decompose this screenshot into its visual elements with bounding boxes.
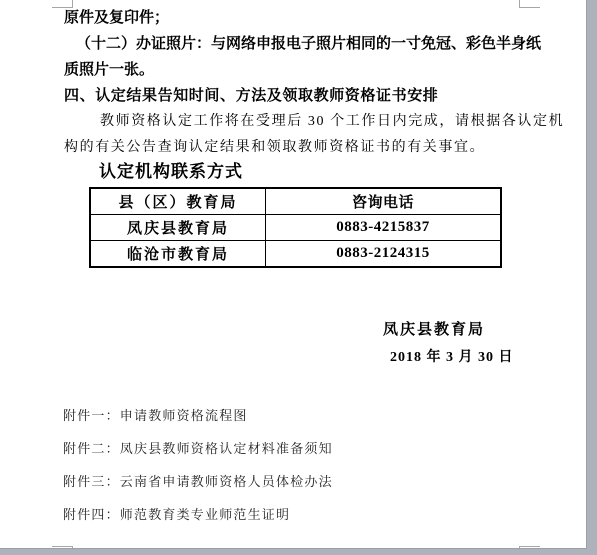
table-header-bureau: 县（区）教育局 [90,188,266,215]
doc-line-body-2: 构的有关公告查询认定结果和领取教师资格证书的有关事宜。 [64,138,485,158]
table-row: 凤庆县教育局 0883-4215837 [90,215,501,241]
contact-table: 县（区）教育局 咨询电话 凤庆县教育局 0883-4215837 临沧市教育局 … [89,187,502,268]
table-cell-phone: 0883-2124315 [266,241,502,268]
table-cell-phone: 0883-4215837 [266,215,502,241]
doc-line-body-1: 教师资格认定工作将在受理后 30 个工作日内完成，请根据各认定机 [100,112,564,132]
doc-line-photo-item-cont: 质照片一张。 [64,60,154,80]
crop-mark-top-left [52,0,73,8]
attachment-line-2: 附件二：凤庆县教师资格认定材料准备须知 [63,439,333,459]
section-heading-4: 四、认定结果告知时间、方法及领取教师资格证书安排 [64,86,438,106]
signature-date: 2018 年 3 月 30 日 [390,348,514,368]
table-cell-bureau: 临沧市教育局 [90,241,266,268]
attachment-line-4: 附件四：师范教育类专业师范生证明 [63,505,290,525]
table-header-phone: 咨询电话 [266,188,502,215]
attachment-line-1: 附件一：申请教师资格流程图 [63,406,248,426]
contact-info-heading: 认定机构联系方式 [99,161,243,183]
word-viewport: 原件及复印件； （十二）办证照片：与网络申报电子照片相同的一寸免冠、彩色半身纸 … [0,0,597,555]
doc-line-photo-item: （十二）办证照片：与网络申报电子照片相同的一寸免冠、彩色半身纸 [76,34,541,54]
table-header-row: 县（区）教育局 咨询电话 [90,188,501,215]
crop-mark-top-right [519,0,540,8]
table-cell-bureau: 凤庆县教育局 [90,215,266,241]
table-row: 临沧市教育局 0883-2124315 [90,241,501,268]
document-page: 原件及复印件； （十二）办证照片：与网络申报电子照片相同的一寸免冠、彩色半身纸 … [0,0,587,549]
crop-mark-bottom-right [519,546,540,550]
crop-mark-bottom-left [52,546,73,550]
signature-org: 凤庆县教育局 [383,320,485,340]
doc-line-originals: 原件及复印件； [64,8,169,28]
attachment-line-3: 附件三：云南省申请教师资格人员体检办法 [63,472,333,492]
